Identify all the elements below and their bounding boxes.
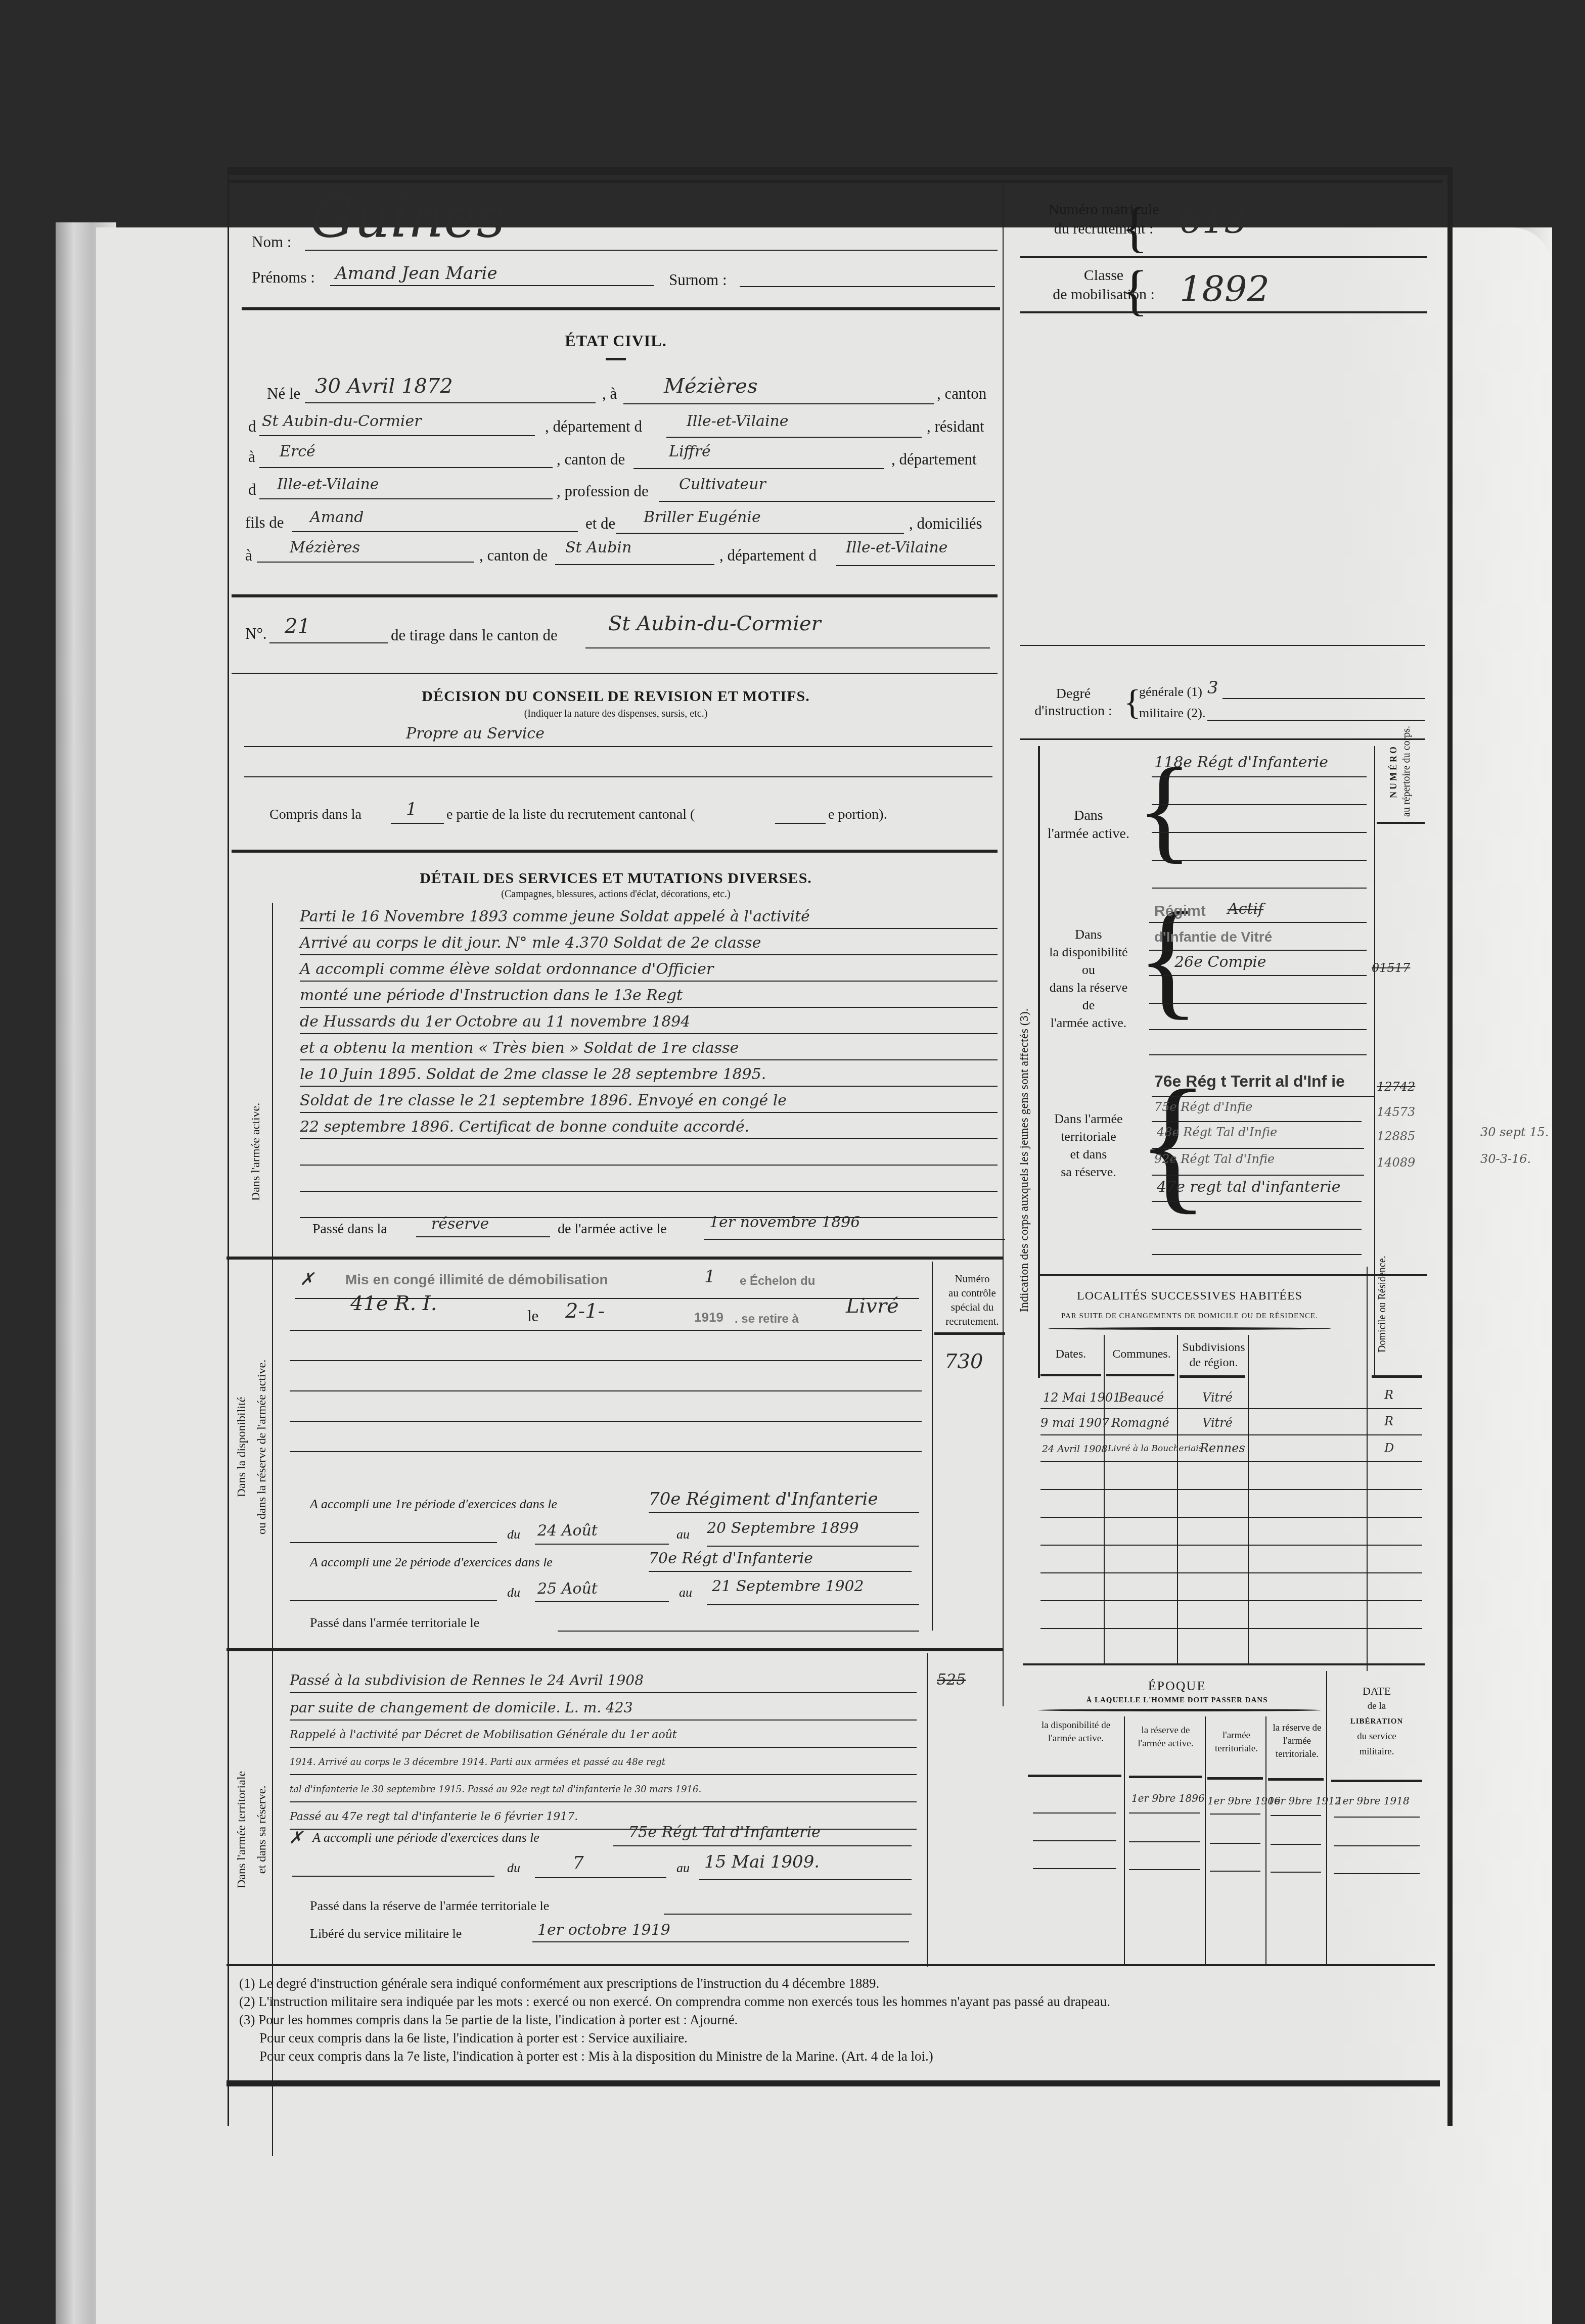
localites-row-1-type: R <box>1384 1414 1393 1428</box>
corps-disponibilite-label-1: Dans <box>1043 925 1134 943</box>
territoriale-line: Rappelé à l'activité par Décret de Mobil… <box>290 1721 917 1748</box>
services-line: de Hussards du 1er Octobre au 11 novembr… <box>300 1008 998 1034</box>
disponibilite-value: 26e Compie <box>1174 953 1266 971</box>
corps-territoriale-label-3: et dans <box>1043 1145 1134 1163</box>
epoque-col-territoriale: l'armée territoriale. <box>1207 1729 1265 1755</box>
territoriale-line: tal d'infanterie le 30 septembre 1915. P… <box>290 1775 917 1802</box>
domicile-value: Mézières <box>290 539 360 556</box>
d-label: d <box>248 417 256 436</box>
a2-label: à <box>248 448 255 466</box>
prenoms-value: Amand Jean Marie <box>335 263 497 284</box>
side-label-territoriale: Dans l'armée territoriale et dans sa rés… <box>232 1771 272 1888</box>
echelon-num: 1 <box>704 1267 715 1287</box>
epoque-value-reserve-territoriale: 1er 9bre 1912 <box>1268 1795 1341 1807</box>
corps-disponibilite-label: Dans la disponibilité ou dans la réserve… <box>1043 925 1134 1032</box>
numero-controle-header-4: recrutement. <box>934 1314 1010 1328</box>
classe-label-1: Classe <box>1028 266 1180 285</box>
territoriale-row-date-2: 30 sept 15. <box>1480 1125 1549 1139</box>
side-label-disponibilite: Dans la disponibilité ou dans la réserve… <box>232 1360 272 1535</box>
territoriale-row-numero-2: 12885 <box>1377 1129 1415 1143</box>
classe-value: 1892 <box>1180 268 1270 310</box>
echelon-stamp: e Échelon du <box>740 1274 815 1288</box>
tirage-no-label: N°. <box>245 625 267 643</box>
departement3-label: , département d <box>719 546 817 565</box>
periode2-au-label: au <box>679 1585 692 1600</box>
cross-mark: ✗ <box>300 1269 314 1289</box>
disponibilite-stamp-1: Régimt <box>1154 903 1206 920</box>
epoque-value-reserve-active: 1er 9bre 1896 <box>1131 1792 1205 1804</box>
detail-services-subtitle: (Campagnes, blessures, actions d'éclat, … <box>229 889 1003 900</box>
periode1-label: A accompli une 1re période d'exercices d… <box>310 1497 557 1512</box>
liberation-header: DATE de la LIBÉRATION du service militai… <box>1329 1684 1425 1759</box>
services-line: le 10 Juin 1895. Soldat de 2me classe le… <box>300 1060 998 1087</box>
periode-territoriale-label: A accompli une période d'exercices dans … <box>312 1830 539 1845</box>
localites-subtitle: PAR SUITE DE CHANGEMENTS DE DOMICILE OU … <box>1038 1312 1341 1321</box>
disponibilite-stamp-2: d'Infantie de Vitré <box>1154 929 1272 945</box>
libere-value: 1er octobre 1919 <box>537 1921 670 1939</box>
se-retire-value: Livré <box>846 1294 899 1318</box>
passe-label: Passé dans la <box>312 1221 387 1237</box>
d2-label: d <box>248 481 256 499</box>
periode1-au-label: au <box>676 1527 690 1542</box>
compris-value: 1 <box>406 799 417 819</box>
corps-active-label: Dans l'armée active. <box>1043 807 1134 843</box>
liberation-header-5: militaire. <box>1329 1744 1425 1759</box>
territoriale-row-numero-3: 14089 <box>1377 1155 1415 1170</box>
ne-le-value: 30 Avril 1872 <box>315 375 453 398</box>
side-label-territoriale-2: et dans sa réserve. <box>252 1771 272 1888</box>
localites-col-communes: Communes. <box>1106 1347 1177 1361</box>
profession-label: , profession de <box>557 482 649 500</box>
conge-stamp: Mis en congé illimité de démobilisation <box>345 1272 608 1288</box>
periode2-du-label: du <box>507 1585 520 1600</box>
footnote-3: (3) Pour les hommes compris dans la 5e p… <box>239 2011 1427 2029</box>
corps-territoriale-label-4: sa réserve. <box>1043 1163 1134 1181</box>
localites-row-1-commune: Romagné <box>1111 1416 1169 1430</box>
departement-value: Ille-et-Vilaine <box>687 412 789 430</box>
localites-row-2-commune: Livré à la Boucheriais <box>1108 1444 1203 1454</box>
periode1-au: 20 Septembre 1899 <box>707 1519 859 1537</box>
numero-repertoire-header-2: au répertoire du corps. <box>1400 726 1413 817</box>
side-label-active: Dans l'armée active. <box>249 1103 263 1201</box>
numero-controle-header-3: spécial du <box>934 1300 1010 1314</box>
tirage-label: de tirage dans le canton de <box>391 626 558 644</box>
a-label: , à <box>602 385 617 403</box>
footnote-4: Pour ceux compris dans la 6e liste, l'in… <box>239 2029 1427 2047</box>
passe-reserve-label: Passé dans la réserve de l'armée territo… <box>310 1898 549 1914</box>
localites-row-2-type: D <box>1384 1441 1394 1455</box>
localites-row-1-date: 9 mai 1907 <box>1040 1416 1109 1430</box>
services-lines: Parti le 16 Novembre 1893 comme jeune So… <box>300 903 998 1218</box>
localites-row-2-date: 24 Avril 1908 <box>1042 1444 1108 1455</box>
ne-le-label: Né le <box>267 385 300 403</box>
passe-territoriale-label: Passé dans l'armée territoriale le <box>310 1615 479 1631</box>
fils-de-label: fils de <box>245 514 284 532</box>
liberation-value: 1er 9bre 1918 <box>1336 1795 1410 1807</box>
periode-territoriale-au: 15 Mai 1909. <box>704 1852 820 1872</box>
territoriale-numero: 525 <box>937 1671 966 1689</box>
corps-disponibilite-label-3: ou <box>1043 961 1134 979</box>
libere-label: Libéré du service militaire le <box>310 1926 462 1941</box>
periode2-corps: 70e Régt d'Infanterie <box>649 1550 813 1567</box>
periode2-au: 21 Septembre 1902 <box>712 1577 864 1595</box>
mere-value: Briller Eugénie <box>644 508 761 526</box>
matricule-label-1: Numéro matricule <box>1028 200 1180 219</box>
matricule-value: 613 <box>1180 200 1247 242</box>
nom-value: Guines <box>310 185 505 250</box>
departement-label: , département d <box>545 417 642 436</box>
corps-active-value: 118e Régt d'Infanterie <box>1154 754 1328 771</box>
departement2-label: , département <box>891 450 977 469</box>
corps-disponibilite-label-5: de <box>1043 996 1134 1014</box>
le-label: le <box>527 1307 538 1325</box>
decision-title: DÉCISION DU CONSEIL DE REVISION ET MOTIF… <box>229 688 1003 705</box>
localites-title: LOCALITÉS SUCCESSIVES HABITÉES <box>1038 1289 1341 1303</box>
instruction-label-2: d'instruction : <box>1018 703 1129 720</box>
territoriale-row-corps-3: 92e Régt Tal d'Infie <box>1154 1152 1275 1166</box>
canton2-label: , canton de <box>557 450 625 469</box>
residence-value: Ercé <box>280 443 315 460</box>
instruction-militaire-label: militaire (2). <box>1139 706 1205 721</box>
territoriale-row-corps-2: 48e Régt Tal d'Infie <box>1157 1125 1277 1139</box>
epoque-col-reserve-territoriale: la réserve de l'armée territoriale. <box>1268 1722 1326 1761</box>
corps-disponibilite-label-4: dans la réserve <box>1043 979 1134 996</box>
surnom-label: Surnom : <box>669 271 727 289</box>
tirage-no-value: 21 <box>285 615 310 638</box>
instruction-label: Degré d'instruction : <box>1018 685 1129 720</box>
territoriale-row-numero-1: 14573 <box>1377 1105 1415 1119</box>
localites-row-0-commune: Beaucé <box>1119 1390 1164 1405</box>
disponibilite-stamp-struck: Actif <box>1228 900 1263 918</box>
domicilies-label: , domiciliés <box>909 515 982 533</box>
localites-row-0-subdivision: Vitré <box>1202 1390 1233 1405</box>
corps-territoriale-label: Dans l'armée territoriale et dans sa rés… <box>1043 1110 1134 1181</box>
periode2-du: 25 Août <box>537 1580 598 1598</box>
footnotes: (1) Le degré d'instruction générale sera… <box>239 1974 1427 2065</box>
matricule-label-2: du recrutement : <box>1028 219 1180 239</box>
services-line: monté une période d'Instruction dans le … <box>300 982 998 1008</box>
regiment-value: 41e R. I. <box>350 1292 437 1315</box>
liberation-header-4: du service <box>1329 1729 1425 1744</box>
side-label-disponibilite-2: ou dans la réserve de l'armée active. <box>252 1360 272 1535</box>
corps-affectes-side-label: Indication des corps auxquels les jeunes… <box>1018 1008 1031 1312</box>
partie-label: e partie de la liste du recrutement cant… <box>446 807 695 823</box>
numero-repertoire-header: NUMÉRO au répertoire du corps. <box>1387 726 1413 817</box>
pere-value: Amand <box>310 508 364 526</box>
instruction-generale-label: générale (1) <box>1139 684 1202 700</box>
services-line: Parti le 16 Novembre 1893 comme jeune So… <box>300 903 998 929</box>
localites-col-domicile: Domicile ou Résidence. <box>1377 1256 1388 1353</box>
territoriale-row-numero-0: 12742 <box>1377 1080 1415 1094</box>
detail-services-title: DÉTAIL DES SERVICES ET MUTATIONS DIVERSE… <box>229 870 1003 887</box>
numero-controle-header: Numéro au contrôle spécial du recrutemen… <box>934 1272 1010 1328</box>
profession-value: Cultivateur <box>679 476 766 493</box>
classe-label-2: de mobilisation : <box>1028 285 1180 304</box>
se-retire-stamp: . se retire à <box>735 1312 799 1326</box>
instruction-generale-value: 3 <box>1207 678 1218 698</box>
epoque-col-reserve-active: la réserve de l'armée active. <box>1126 1724 1205 1750</box>
territoriale-line: par suite de changement de domicile. L. … <box>290 1693 917 1721</box>
epoque-title: ÉPOQUE <box>1028 1679 1326 1694</box>
passe-value: réserve <box>431 1215 489 1233</box>
localites-row-0-type: R <box>1384 1388 1393 1402</box>
territoriale-line: 1914. Arrivé au corps le 3 décembre 1914… <box>290 1748 917 1775</box>
localites-col-dates: Dates. <box>1038 1347 1104 1361</box>
canton2-value: Liffré <box>669 443 711 460</box>
tirage-canton-value: St Aubin-du-Cormier <box>608 612 821 635</box>
numero-repertoire-header-1: NUMÉRO <box>1387 726 1400 817</box>
a3-label: à <box>245 546 252 565</box>
footnote-5: Pour ceux compris dans la 7e liste, l'in… <box>239 2047 1427 2065</box>
periode1-du: 24 Août <box>537 1522 598 1540</box>
corps-active-label-1: Dans <box>1043 807 1134 825</box>
periode-territoriale-corps: 75e Régt Tal d'Infanterie <box>628 1824 821 1841</box>
armee-active-date: 1er novembre 1896 <box>709 1214 860 1231</box>
services-line: Soldat de 1re classe le 21 septembre 189… <box>300 1087 998 1113</box>
et-de-label: et de <box>585 515 615 533</box>
periode-territoriale-du: 7 <box>573 1853 584 1873</box>
periode1-du-label: du <box>507 1527 520 1542</box>
armee-active-label: de l'armée active le <box>558 1221 667 1237</box>
services-line: A accompli comme élève soldat ordonnance… <box>300 955 998 982</box>
canton3-value: St Aubin <box>565 539 631 556</box>
canton-value: St Aubin-du-Cormier <box>262 412 422 430</box>
territoriale-row-corps-0: 76e Rég t Territ al d'Inf ie <box>1154 1072 1345 1091</box>
territoriale-lines: Passé à la subdivision de Rennes le 24 A… <box>290 1666 917 1830</box>
corps-disponibilite-label-2: la disponibilité <box>1043 943 1134 961</box>
numero-controle-header-2: au contrôle <box>934 1286 1010 1300</box>
side-label-territoriale-1: Dans l'armée territoriale <box>232 1771 252 1888</box>
liberation-header-1: DATE <box>1329 1684 1425 1699</box>
epoque-col-disponibilite: la disponibilité de l'armée active. <box>1030 1719 1121 1745</box>
prenoms-label: Prénoms : <box>252 268 315 287</box>
footnote-1: (1) Le degré d'instruction générale sera… <box>239 1974 1427 1992</box>
decision-value: Propre au Service <box>406 725 545 742</box>
departement2-value: Ille-et-Vilaine <box>277 476 379 493</box>
corps-territoriale-label-2: territoriale <box>1043 1128 1134 1145</box>
services-line: 22 septembre 1896. Certificat de bonne c… <box>300 1113 998 1139</box>
liberation-header-3: LIBÉRATION <box>1329 1714 1425 1729</box>
compris-label: Compris dans la <box>269 807 361 823</box>
territoriale-row-corps-4: 47e regt tal d'infanterie <box>1157 1178 1341 1196</box>
portion-label: e portion). <box>828 807 887 823</box>
side-label-disponibilite-1: Dans la disponibilité <box>232 1360 252 1535</box>
territoriale-line: Passé à la subdivision de Rennes le 24 A… <box>290 1666 917 1693</box>
decision-subtitle: (Indiquer la nature des dispenses, sursi… <box>229 708 1003 720</box>
territoriale-row-date-3: 30-3-16. <box>1480 1152 1531 1166</box>
periode1-corps: 70e Régiment d'Infanterie <box>649 1489 878 1509</box>
instruction-label-1: Degré <box>1018 685 1129 703</box>
conge-date: 2-1- <box>565 1299 605 1323</box>
periode-territoriale-au-label: au <box>676 1861 690 1876</box>
localites-row-0-date: 12 Mai 1901 <box>1043 1390 1120 1405</box>
cross-mark-2: ✗ <box>289 1828 303 1848</box>
numero-controle-value: 730 <box>944 1350 983 1373</box>
departement3-value: Ille-et-Vilaine <box>846 539 948 556</box>
nom-label: Nom : <box>252 233 291 251</box>
corps-disponibilite-label-6: l'armée active. <box>1043 1014 1134 1032</box>
localites-row-1-subdivision: Vitré <box>1202 1416 1233 1430</box>
disponibilite-numero: 01517 <box>1372 961 1410 975</box>
matricule-form: Nom : Guines Prénoms : Amand Jean Marie … <box>228 167 1453 2126</box>
corps-territoriale-label-1: Dans l'armée <box>1043 1110 1134 1128</box>
territoriale-row-corps-1: 75e Régt d'Infie <box>1154 1100 1252 1114</box>
lieu-naissance-value: Mézières <box>664 375 758 398</box>
localites-row-2-subdivision: Rennes <box>1200 1441 1245 1455</box>
numero-controle-header-1: Numéro <box>934 1272 1010 1286</box>
services-line: et a obtenu la mention « Très bien » Sol… <box>300 1034 998 1060</box>
canton3-label: , canton de <box>479 546 548 565</box>
liberation-header-2: de la <box>1329 1699 1425 1714</box>
footnote-2: (2) L'instruction militaire sera indiqué… <box>239 1992 1427 2011</box>
year-stamp: 1919 <box>694 1310 723 1325</box>
services-line: Arrivé au corps le dit jour. N° mle 4.37… <box>300 929 998 955</box>
localites-col-subdivisions: Subdivisions de région. <box>1180 1340 1248 1370</box>
territoriale-line: Passé au 47e regt tal d'infanterie le 6 … <box>290 1802 917 1830</box>
epoque-subtitle: À LAQUELLE L'HOMME DOIT PASSER DANS <box>1028 1696 1326 1705</box>
residant-label: , résidant <box>927 417 984 436</box>
periode-territoriale-du-label: du <box>507 1861 520 1876</box>
canton-label: , canton <box>937 385 986 403</box>
periode2-label: A accompli une 2e période d'exercices da… <box>310 1555 553 1570</box>
corps-active-label-2: l'armée active. <box>1043 825 1134 843</box>
etat-civil-title: ÉTAT CIVIL. <box>229 332 1003 350</box>
